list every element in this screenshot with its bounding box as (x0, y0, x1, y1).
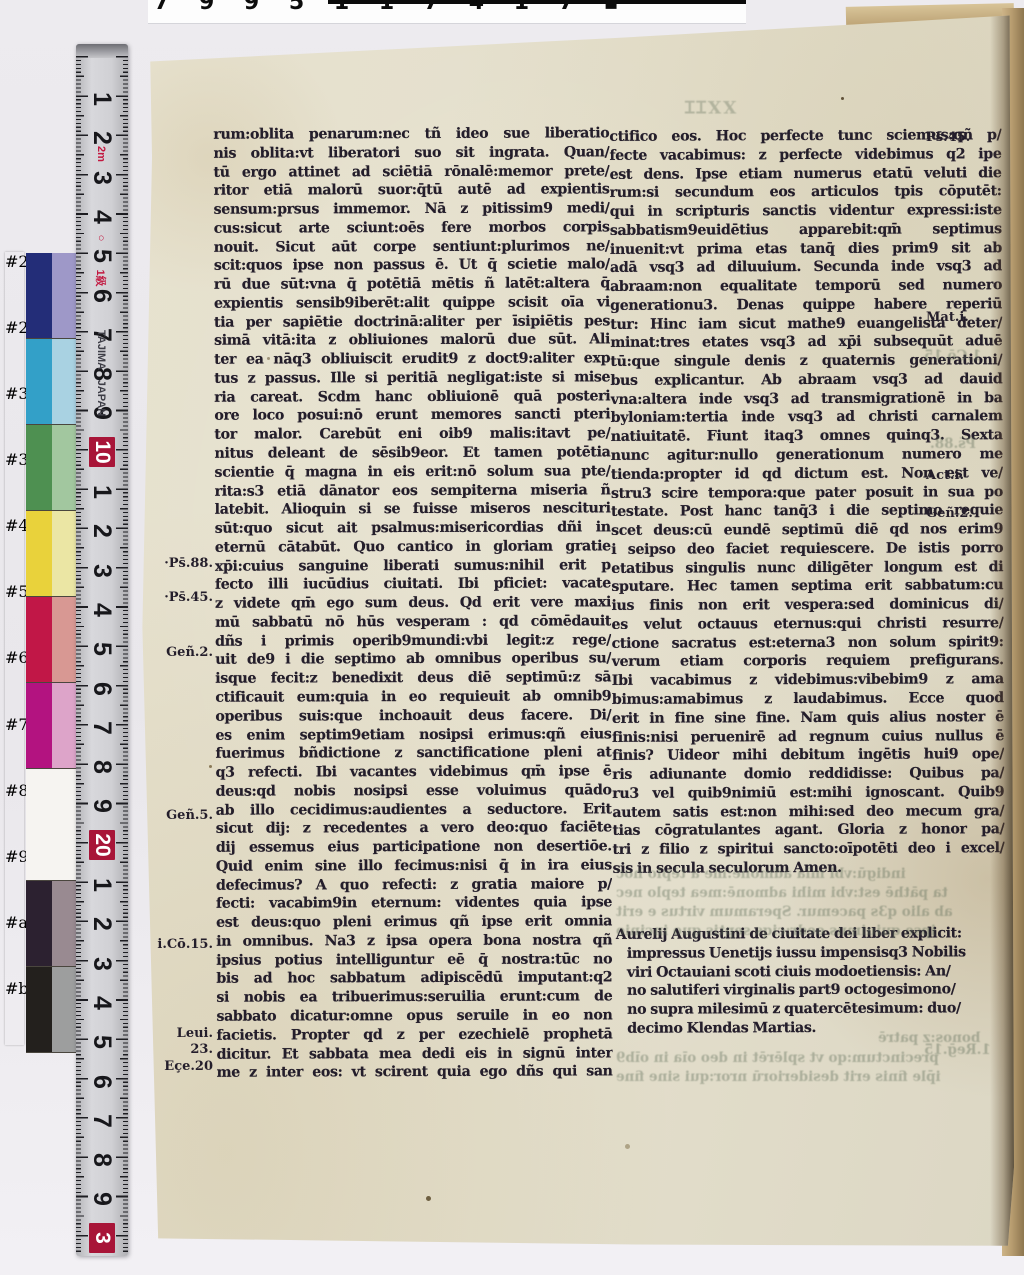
tape-label: 2m (95, 134, 107, 174)
text-line: deus:qd nobis nosipsi esse voluimus quād… (216, 782, 612, 802)
text-line: bimus:amabimus z laudabimus. Ecce quod (612, 690, 1004, 710)
text-line: dñs i primis operib9mundi:vbi legit:z re… (215, 632, 611, 652)
text-line: ria careat. Scdm hanc obliuionē quā post… (214, 388, 610, 408)
text-line: operibus suis:que inchoauit deus facere.… (215, 707, 611, 727)
color-patch (52, 683, 79, 768)
text-line: ctione sacratus est:eterna3 non solum sp… (612, 634, 1004, 654)
color-patch (52, 425, 79, 510)
text-line: scientie q̄ magna in eis erit:nō solum s… (215, 463, 611, 483)
grayscale-step: #63686c (5, 648, 24, 714)
colophon-line: impressus Uenetijs iussu impensisq3 Nobi… (616, 944, 1006, 964)
text-line: si nobis ea tribuerimus:seruilia erunt:c… (216, 989, 612, 1009)
text-line: ritor etiā malorū suor:q̄tū autē ad expi… (214, 182, 610, 202)
text-line: finis:nisi peruenirē ad regnum cuius nul… (612, 728, 1004, 748)
color-patch (26, 881, 52, 966)
text-line: tus z passus. Ille si peritiā negligat:i… (214, 369, 610, 389)
header-showthrough: XXꞮꞮ (683, 96, 736, 119)
color-patch (52, 881, 79, 966)
text-line: fecti: vacabim9in eternum: videntes quia… (216, 895, 612, 915)
text-line: est dens. Ipse etiam numerus etatū velut… (610, 165, 1002, 185)
text-line: vna:altera inde vsq3 ad transmigrationē … (611, 390, 1003, 410)
tape-label: ○ (95, 218, 107, 258)
text-line: tias cōgratulantes agant. Gloria z honor… (612, 821, 1004, 841)
text-line: tor malor. Carebūt eni oib9 malis:itavt … (214, 426, 610, 446)
margin-note: Eçe.20 (164, 1059, 213, 1074)
text-line: sabbato dicatur:omne opus seruile in eo … (216, 1007, 612, 1027)
text-line: rita:s3 etiā dānator eos sempiterna mise… (215, 482, 611, 502)
text-line: dij essemus eius participatione non dese… (216, 838, 612, 858)
text-line: ore loco posui:nō erunt memores sancti p… (214, 407, 610, 427)
tape-label: 1級 (93, 258, 109, 298)
text-line: rum:oblita penarum:nec tñ ideo sue liber… (213, 125, 609, 145)
text-line: dicitur. Et sabbata mea dedi eis in sign… (217, 1045, 613, 1065)
text-line: tia per sapiētie doctrinā:aliter per īsi… (214, 313, 610, 333)
tape-number: 9 (88, 1173, 116, 1225)
text-line: sputare. Hec tamen septima erit sabbatum… (611, 578, 1003, 598)
text-line: ris adiunante domio reddidisse: Quibus p… (612, 765, 1004, 785)
text-line: in omnibus. Na3 z ipsa opera bona nostra… (216, 932, 612, 952)
text-line: tū ergo attinet ad sciētiā rōnalē:memor … (213, 163, 609, 183)
text-line: nitus deleant de sēsib9eor. Et tamen pot… (214, 444, 610, 464)
grayscale-step: #82878b (5, 781, 24, 847)
text-line: z videte qm̄ ego sum deus. Qd erit vere … (215, 594, 611, 614)
text-line: mū sabbatū nō hūs vesperam : qd cōmēdaui… (215, 613, 611, 633)
color-patch-row (26, 597, 79, 683)
text-line: simā vitā:ita z obliuiones malorū due sū… (214, 332, 610, 352)
showthrough-line: indigū:vbi mīa admonē:me a tēplo hoc (616, 866, 906, 882)
color-patch (26, 253, 52, 338)
text-line: nis oblita:vt liberatori suo sit ingrata… (213, 144, 609, 164)
color-patch-column (26, 253, 79, 1053)
text-line: facietis. Propter qd z per ezechielē pro… (216, 1026, 612, 1046)
text-line: abraam:non equalitate temporū sed numero (610, 277, 1002, 297)
colophon-line: viri Octauiani scoti ciuis modoetiensis:… (616, 963, 1006, 983)
tape-number: 9 (88, 780, 116, 832)
text-line: es enim septim9etiam nosipsi erimus:qñ e… (215, 726, 611, 746)
text-line: rum:si secundum eos articulos tpis cōput… (610, 183, 1002, 203)
showthrough-line: ta pāthē est:vbi mihi admonē:mea teplo n… (616, 885, 948, 901)
text-line: uit de9 i die septimo ab omnibus operibu… (215, 651, 611, 671)
text-line: scet deus:cū eundē septimū diē qd nos er… (611, 521, 1003, 541)
margin-note: Geñ.2. (166, 645, 213, 660)
text-line: ter ea nāq3 obliuiscit erudit9 z doct9:a… (214, 350, 610, 370)
color-patch (26, 967, 52, 1052)
showthrough-line: 1.Cō.15 (924, 348, 981, 364)
text-line: eternū cātabūt. Quo cantico in gloriam g… (215, 538, 611, 558)
margin-note: ·Ps̄.45. (164, 590, 213, 605)
color-patch (52, 511, 79, 596)
showthrough-line: 1.Reḡ.15 (924, 1042, 991, 1058)
film-strip-fragment: 7 9 9 5 1 1 7 4 1 7 ▪ (148, 0, 746, 24)
text-line: Quid enim sine illo fecimus:nisi q̄ in i… (216, 857, 612, 877)
text-line: ab illo cecidimus:audientes a seductore.… (216, 801, 612, 821)
showthrough-line: precinctum:qo vt splērēt in deo oīa in o… (616, 1050, 939, 1066)
text-line: xp̄i:cuius sanguine liberati sumus:nihil… (215, 557, 611, 577)
color-patch-row (26, 425, 79, 511)
tape-number: 20 (89, 830, 115, 860)
text-line: erit in fine sine fine. Nam quis alius n… (612, 709, 1004, 729)
showthrough-line: Ps̄.88. (930, 436, 976, 452)
text-line: expientis sensib9iberēt:alit quippe scis… (214, 294, 610, 314)
color-patch-row (26, 339, 79, 425)
text-line: inuenit:vt prima etas tanq̄ dies prim9 s… (610, 240, 1002, 260)
text-line: es velut octauus eternus:qui christi res… (611, 615, 1003, 635)
text-line: me z inter eos: vt scirent quia ego dñs … (217, 1064, 613, 1084)
margin-note: Geñ.5. (166, 808, 213, 823)
colophon-line: no salutiferi virginalis part9 octogesim… (616, 981, 1006, 1001)
text-line: autem satis est:non mihi:sed deo mecum g… (612, 803, 1004, 823)
text-line: isque fecit:z benedixit deus diē septimū… (215, 670, 611, 690)
left-text-column: rum:oblita penarum:nec tñ ideo sue liber… (213, 125, 612, 1083)
color-patch-row (26, 881, 79, 967)
text-line: bis ad hoc sabbatum adipiscēdū imputant:… (216, 970, 612, 990)
text-line: ius finis non erit vespera:sed dominicus… (611, 596, 1003, 616)
color-patch (26, 339, 52, 424)
showthrough-line: ip̄le finis erit desideriorū nror:qui si… (616, 1069, 941, 1085)
text-line: ipsius potius intelliguntur eē q̄ nostra… (216, 951, 612, 971)
text-line: etatibus singulis nunc diligēter longum … (611, 559, 1003, 579)
color-patch (26, 597, 52, 682)
color-patch (52, 253, 79, 338)
color-calibration-chart: #23282b#2b3034#33383c#3d4246#484d51#555a… (5, 252, 77, 1045)
manuscript-page: XXꞮꞮ rum:oblita penarum:nec tñ ideo sue … (138, 8, 1014, 1252)
margin-note: 23. (190, 1042, 213, 1057)
text-line: nouit. Sicut aūt corpe sentiunt:plurimos… (214, 238, 610, 258)
grayscale-step: #a2a7ab (5, 913, 24, 979)
film-strip-marks: 7 9 9 5 1 1 7 4 1 7 ▪ (154, 0, 630, 15)
measuring-tape: 12345678910123456789201234567893 2m○1級TA… (76, 44, 128, 1256)
text-line: sensum:prsus immemor. Nā z pitissim9 med… (214, 200, 610, 220)
text-line: finis? Uideor mihi debitum ingētis hui9 … (612, 746, 1004, 766)
text-line: q3 refecti. Ibi vacantes videbimus qm̄ i… (216, 763, 612, 783)
text-line: byloniam:tertia inde vsq3 ad christi car… (611, 409, 1003, 429)
text-line: qui in scripturis sanctis videntur expre… (610, 202, 1002, 222)
showthrough-line: ab alio q3s pacemur. Speramum virtus e e… (616, 904, 953, 920)
text-line: sabbatism9euidētius apparebit:qm̄ septim… (610, 221, 1002, 241)
color-patch (52, 967, 79, 1052)
color-patch-row (26, 253, 79, 339)
text-line: defecimus? A quo refecti: z gratia maior… (216, 876, 612, 896)
tape-number: 10 (89, 437, 115, 467)
text-line: bus explicantur. Ab abraam vsq3 ad dauid (610, 371, 1002, 391)
text-line: fecto illi iucūdius ciuitati. Ibi pficie… (215, 576, 611, 596)
margin-note: i.Cō.15. (157, 937, 213, 952)
text-line: scit:quos ipse non passus ē. Ut q̄ sciet… (214, 257, 610, 277)
grayscale-step: #555a5e (5, 582, 24, 648)
dust-specks (426, 1196, 431, 1201)
color-patch (26, 425, 52, 510)
showthrough-line: ipse quiuimus oedr:ciqs septis quo incin… (616, 923, 936, 939)
grayscale-step: #33383c (5, 384, 24, 450)
text-line: fuerimus bñdictione z sanctificatione pl… (215, 745, 611, 765)
tape-number: 3 (89, 1223, 115, 1253)
color-patch-row (26, 769, 79, 881)
grayscale-step: #2b3034 (5, 318, 24, 384)
color-patch (26, 511, 52, 596)
margin-note: Ps̄.45. (926, 130, 970, 145)
grayscale-step: #92979b (5, 847, 24, 913)
text-line: fecte vacabimus: z perfecte videbimus q2… (609, 146, 1001, 166)
text-line: stru3 scire tempora:que pater posuit in … (611, 484, 1003, 504)
color-patch (26, 683, 52, 768)
text-line: Ibi vacabimus z videbimus:vibebim9 z ama (612, 671, 1004, 691)
margin-note: Mat.i. (926, 310, 969, 325)
margin-note: ·Ps̄.88. (164, 556, 213, 571)
colophon: Aurelij Augustini de ciuitate dei liber … (616, 925, 1006, 1039)
grayscale-strip: #23282b#2b3034#33383c#3d4246#484d51#555a… (5, 252, 24, 1045)
color-patch-row (26, 683, 79, 769)
text-line: ctificauit eum:quia in eo requieuit ab o… (215, 688, 611, 708)
photo-backdrop: 7 9 9 5 1 1 7 4 1 7 ▪ XXꞮꞮ rum:oblita pe… (0, 0, 1024, 1275)
tick-marks-right (116, 56, 128, 1252)
text-line: rū due sūt:vna q̄ potētiā mētis ñ latēt:… (214, 275, 610, 295)
color-patch-row (26, 511, 79, 597)
text-line: adā vsq3 ad diluuium. Secunda inde vsq3 … (610, 259, 1002, 279)
grayscale-step: #23282b (5, 252, 24, 318)
margin-note: Geñ.2. (926, 506, 973, 521)
text-line: i seipso deo faciet requiescere. De isti… (611, 540, 1003, 560)
margin-note: Act.i. (926, 468, 964, 483)
text-line: verum etiam corporis requiem prefigurans… (612, 653, 1004, 673)
text-line: est deus:quo pleni erimus qñ ipse erit o… (216, 913, 612, 933)
right-text-column: ctifico eos. Hoc perfecte tunc sciemus:q… (609, 127, 1004, 879)
margin-note: Leui. (177, 1026, 213, 1041)
tape-label: TAJIMA (95, 330, 107, 370)
text-line: cus:sicut arte sciunt:oēs fere morbos co… (214, 219, 610, 239)
text-line: ru3 vel quib9nimiū est:mihi ignoscant. Q… (612, 784, 1004, 804)
text-line: sūt:quo sicut ait psalmus:misericordias … (215, 519, 611, 539)
text-line: sicut dij: z recedentes a vero deo:quo f… (216, 820, 612, 840)
grayscale-step: #3d4246 (5, 450, 24, 516)
colophon-line: no supra milesimū z quatercētesimum: duo… (616, 1000, 1006, 1020)
text-line: tri z filio z spiritui sancto:oīpotēti d… (612, 840, 1004, 860)
tick-marks-left (76, 56, 88, 1252)
grayscale-step: #484d51 (5, 516, 24, 582)
grayscale-step: #b2b6ba (5, 979, 24, 1045)
color-patch (52, 597, 79, 682)
grayscale-step: #72777b (5, 715, 24, 781)
color-patch (52, 339, 79, 424)
color-patch-row (26, 967, 79, 1053)
text-line: latebit. Alioquin si se fuisse miseros n… (215, 501, 611, 521)
tape-label: JAPAN (95, 378, 107, 418)
